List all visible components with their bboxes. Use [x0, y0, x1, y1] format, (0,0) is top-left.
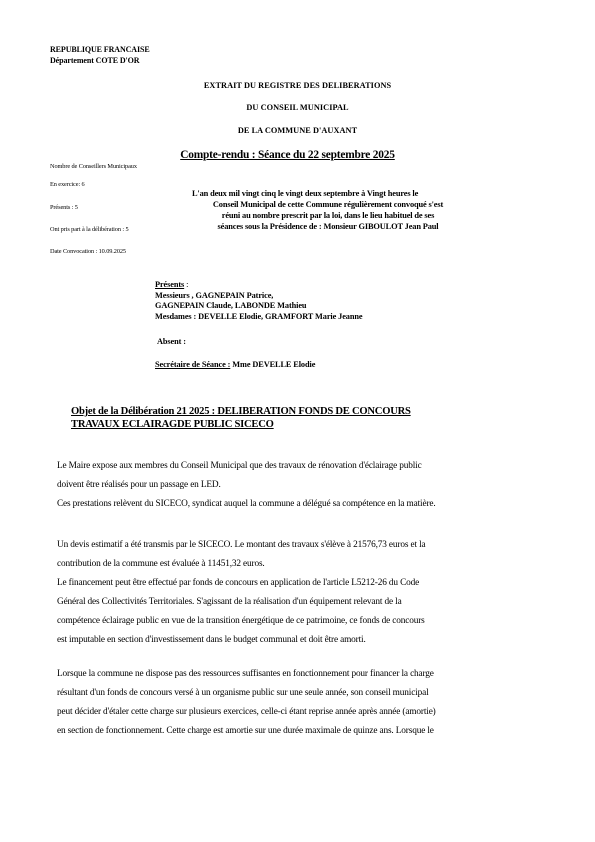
department-header: Département COTE D'OR — [50, 55, 139, 66]
convocation-date: Date Convocation : 10.09.2025 — [50, 248, 126, 255]
body-line: Le financement peut être effectué par fo… — [57, 574, 537, 593]
body-line: peut décider d'étaler cette charge sur p… — [57, 703, 537, 722]
subject-line-1: Objet de la Délibération 21 2025 : DELIB… — [71, 406, 411, 418]
paragraph-3: Lorsque la commune ne dispose pas des re… — [57, 665, 537, 741]
present-heading: Présents : — [155, 280, 362, 291]
intro-line: réuni au nombre prescrit par la loi, dan… — [178, 210, 478, 221]
attendee-line: GAGNEPAIN Claude, LABONDE Mathieu — [155, 301, 362, 312]
attendance-block: Présents : Messieurs , GAGNEPAIN Patrice… — [155, 280, 362, 322]
body-line: Général des Collectivités Territoriales.… — [57, 593, 537, 612]
body-line: contribution de la commune est évaluée à… — [57, 555, 537, 574]
absent-label: Absent : — [157, 337, 186, 348]
body-line: Le Maire expose aux membres du Conseil M… — [57, 457, 537, 476]
attendee-line: Mesdames : DEVELLE Elodie, GRAMFORT Mari… — [155, 312, 362, 323]
intro-line: L'an deux mil vingt cinq le vingt deux s… — [178, 188, 478, 199]
secretary-line: Secrétaire de Séance : Mme DEVELLE Elodi… — [155, 360, 315, 371]
body-line: résultant d'un fonds de concours versé à… — [57, 684, 537, 703]
body-line: Lorsque la commune ne dispose pas des re… — [57, 665, 537, 684]
body-line: doivent être réalisés pour un passage en… — [57, 476, 537, 495]
voting-count: Ont pris part à la délibération : 5 — [50, 226, 129, 233]
body-line: Un devis estimatif a été transmis par le… — [57, 536, 537, 555]
title-commune: DE LA COMMUNE D'AUXANT — [0, 126, 595, 135]
secretary-label: Secrétaire de Séance : — [155, 360, 230, 369]
body-line: est imputable en section d'investissemen… — [57, 631, 537, 650]
intro-paragraph: L'an deux mil vingt cinq le vingt deux s… — [178, 188, 478, 232]
body-line: en section de fonctionnement. Cette char… — [57, 722, 537, 741]
council-count-label: Nombre de Conseillers Municipaux — [50, 163, 137, 170]
in-office-count: En exercice: 6 — [50, 181, 85, 188]
present-count: Présents : 5 — [50, 204, 78, 211]
secretary-name: Mme DEVELLE Elodie — [230, 360, 315, 369]
paragraph-2: Un devis estimatif a été transmis par le… — [57, 536, 537, 650]
title-register: EXTRAIT DU REGISTRE DES DELIBERATIONS — [0, 81, 595, 90]
republic-header: REPUBLIQUE FRANCAISE — [50, 44, 150, 55]
intro-line: séances sous la Présidence de : Monsieur… — [178, 221, 478, 232]
body-line: compétence éclairage public en vue de la… — [57, 612, 537, 631]
intro-line: Conseil Municipal de cette Commune régul… — [178, 199, 478, 210]
body-line: Ces prestations relèvent du SICECO, synd… — [57, 495, 537, 514]
paragraph-1: Le Maire expose aux membres du Conseil M… — [57, 457, 537, 514]
attendee-line: Messieurs , GAGNEPAIN Patrice, — [155, 291, 362, 302]
session-title: Compte-rendu : Séance du 22 septembre 20… — [0, 149, 575, 161]
subject-line-2: TRAVAUX ECLAIRAGDE PUBLIC SICECO — [71, 419, 274, 431]
title-council: DU CONSEIL MUNICIPAL — [0, 103, 595, 112]
